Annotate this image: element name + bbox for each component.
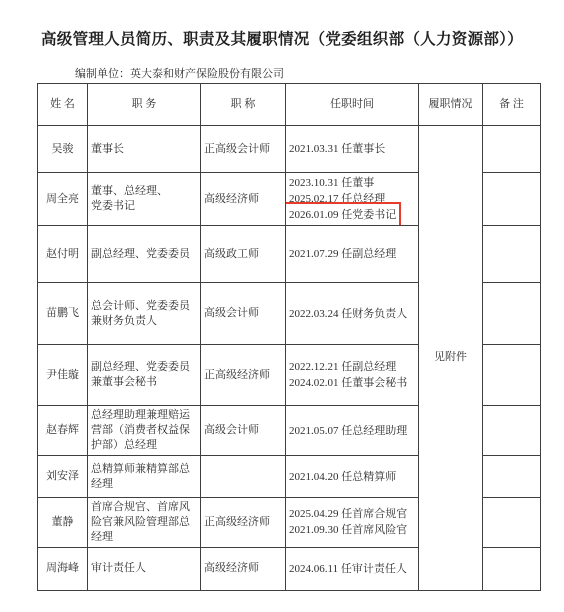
remark-cell [483,498,541,548]
position-cell: 副总经理、党委委员兼董事会秘书 [88,345,201,406]
job-title-cell: 高级经济师 [201,173,286,226]
tenure-entry: 2024.06.11 任审计责任人 [289,561,415,577]
document-page: 高级管理人员简历、职责及其履职情况（党委组织部（人力资源部）） 编制单位：英大泰… [0,0,564,612]
tenure-entry: 2024.02.01 任董事会秘书 [289,375,415,391]
performance-cell: 见附件 [419,126,483,591]
highlight-box: 2026.01.09 任党委书记 [289,207,396,223]
job-title-cell: 正高级经济师 [201,345,286,406]
table-row: 吴骏 董事长 正高级会计师 2021.03.31 任董事长 见附件 [38,126,541,173]
position-cell: 首席合规官、首席风险官兼风险管理部总经理 [88,498,201,548]
remark-cell [483,226,541,283]
position-cell: 总精算师兼精算部总经理 [88,456,201,498]
position-cell: 董事、总经理、 党委书记 [88,173,201,226]
tenure-entry: 2021.03.31 任董事长 [289,141,415,157]
remark-cell [483,456,541,498]
page-title: 高级管理人员简历、职责及其履职情况（党委组织部（人力资源部）） [0,27,564,49]
name-cell: 周海峰 [38,547,88,590]
job-title-cell: 高级会计师 [201,283,286,345]
name-cell: 赵春辉 [38,406,88,456]
tenure-cell: 2021.04.20 任总精算师 [286,456,419,498]
tenure-entry: 2022.12.21 任副总经理 [289,359,415,375]
position-cell: 董事长 [88,126,201,173]
tenure-entry: 2021.07.29 任副总经理 [289,246,415,262]
name-cell: 尹佳璇 [38,345,88,406]
name-cell: 董静 [38,498,88,548]
remark-cell [483,406,541,456]
tenure-entry: 2021.04.20 任总精算师 [289,469,415,485]
col-header-position: 职 务 [88,84,201,126]
tenure-entry: 2023.10.31 任董事 [289,175,415,191]
remark-cell [483,345,541,406]
col-header-remark: 备 注 [483,84,541,126]
job-title-cell [201,456,286,498]
remark-cell [483,547,541,590]
tenure-entry: 2022.03.24 任财务负责人 [289,306,415,322]
name-cell: 赵付明 [38,226,88,283]
remark-cell [483,126,541,173]
highlighted-tenure-entry: 2026.01.09 任党委书记 [289,207,415,223]
position-cell: 审计责任人 [88,547,201,590]
name-cell: 吴骏 [38,126,88,173]
name-cell: 苗鹏飞 [38,283,88,345]
col-header-performance: 履职情况 [419,84,483,126]
position-cell: 总会计师、党委委员兼财务负责人 [88,283,201,345]
position-cell: 副总经理、党委委员 [88,226,201,283]
tenure-cell: 2022.12.21 任副总经理 2024.02.01 任董事会秘书 [286,345,419,406]
tenure-entry: 2021.09.30 任首席风险官 [289,522,415,538]
tenure-entry: 2025.04.29 任首席合规官 [289,506,415,522]
tenure-cell: 2025.04.29 任首席合规官 2021.09.30 任首席风险官 [286,498,419,548]
job-title-cell: 高级经济师 [201,547,286,590]
col-header-name: 姓 名 [38,84,88,126]
tenure-cell: 2021.03.31 任董事长 [286,126,419,173]
job-title-cell: 正高级经济师 [201,498,286,548]
col-header-title: 职 称 [201,84,286,126]
job-title-cell: 正高级会计师 [201,126,286,173]
tenure-cell: 2021.07.29 任副总经理 [286,226,419,283]
tenure-cell: 2022.03.24 任财务负责人 [286,283,419,345]
tenure-entry: 2025.02.17 任总经理 [289,191,415,207]
name-cell: 周全亮 [38,173,88,226]
tenure-cell: 2021.05.07 任总经理助理 [286,406,419,456]
tenure-entry: 2021.05.07 任总经理助理 [289,423,415,439]
job-title-cell: 高级政工师 [201,226,286,283]
name-cell: 刘安泽 [38,456,88,498]
prepared-by-label: 编制单位：英大泰和财产保险股份有限公司 [75,65,284,81]
remark-cell [483,283,541,345]
col-header-tenure: 任职时间 [286,84,419,126]
personnel-table: 姓 名 职 务 职 称 任职时间 履职情况 备 注 吴骏 董事长 正高级会计师 … [37,83,541,591]
position-cell: 总经理助理兼理赔运营部（消费者权益保护部）总经理 [88,406,201,456]
table-header-row: 姓 名 职 务 职 称 任职时间 履职情况 备 注 [38,84,541,126]
remark-cell [483,173,541,226]
tenure-cell: 2024.06.11 任审计责任人 [286,547,419,590]
job-title-cell: 高级会计师 [201,406,286,456]
tenure-cell: 2023.10.31 任董事 2025.02.17 任总经理 2026.01.0… [286,173,419,226]
